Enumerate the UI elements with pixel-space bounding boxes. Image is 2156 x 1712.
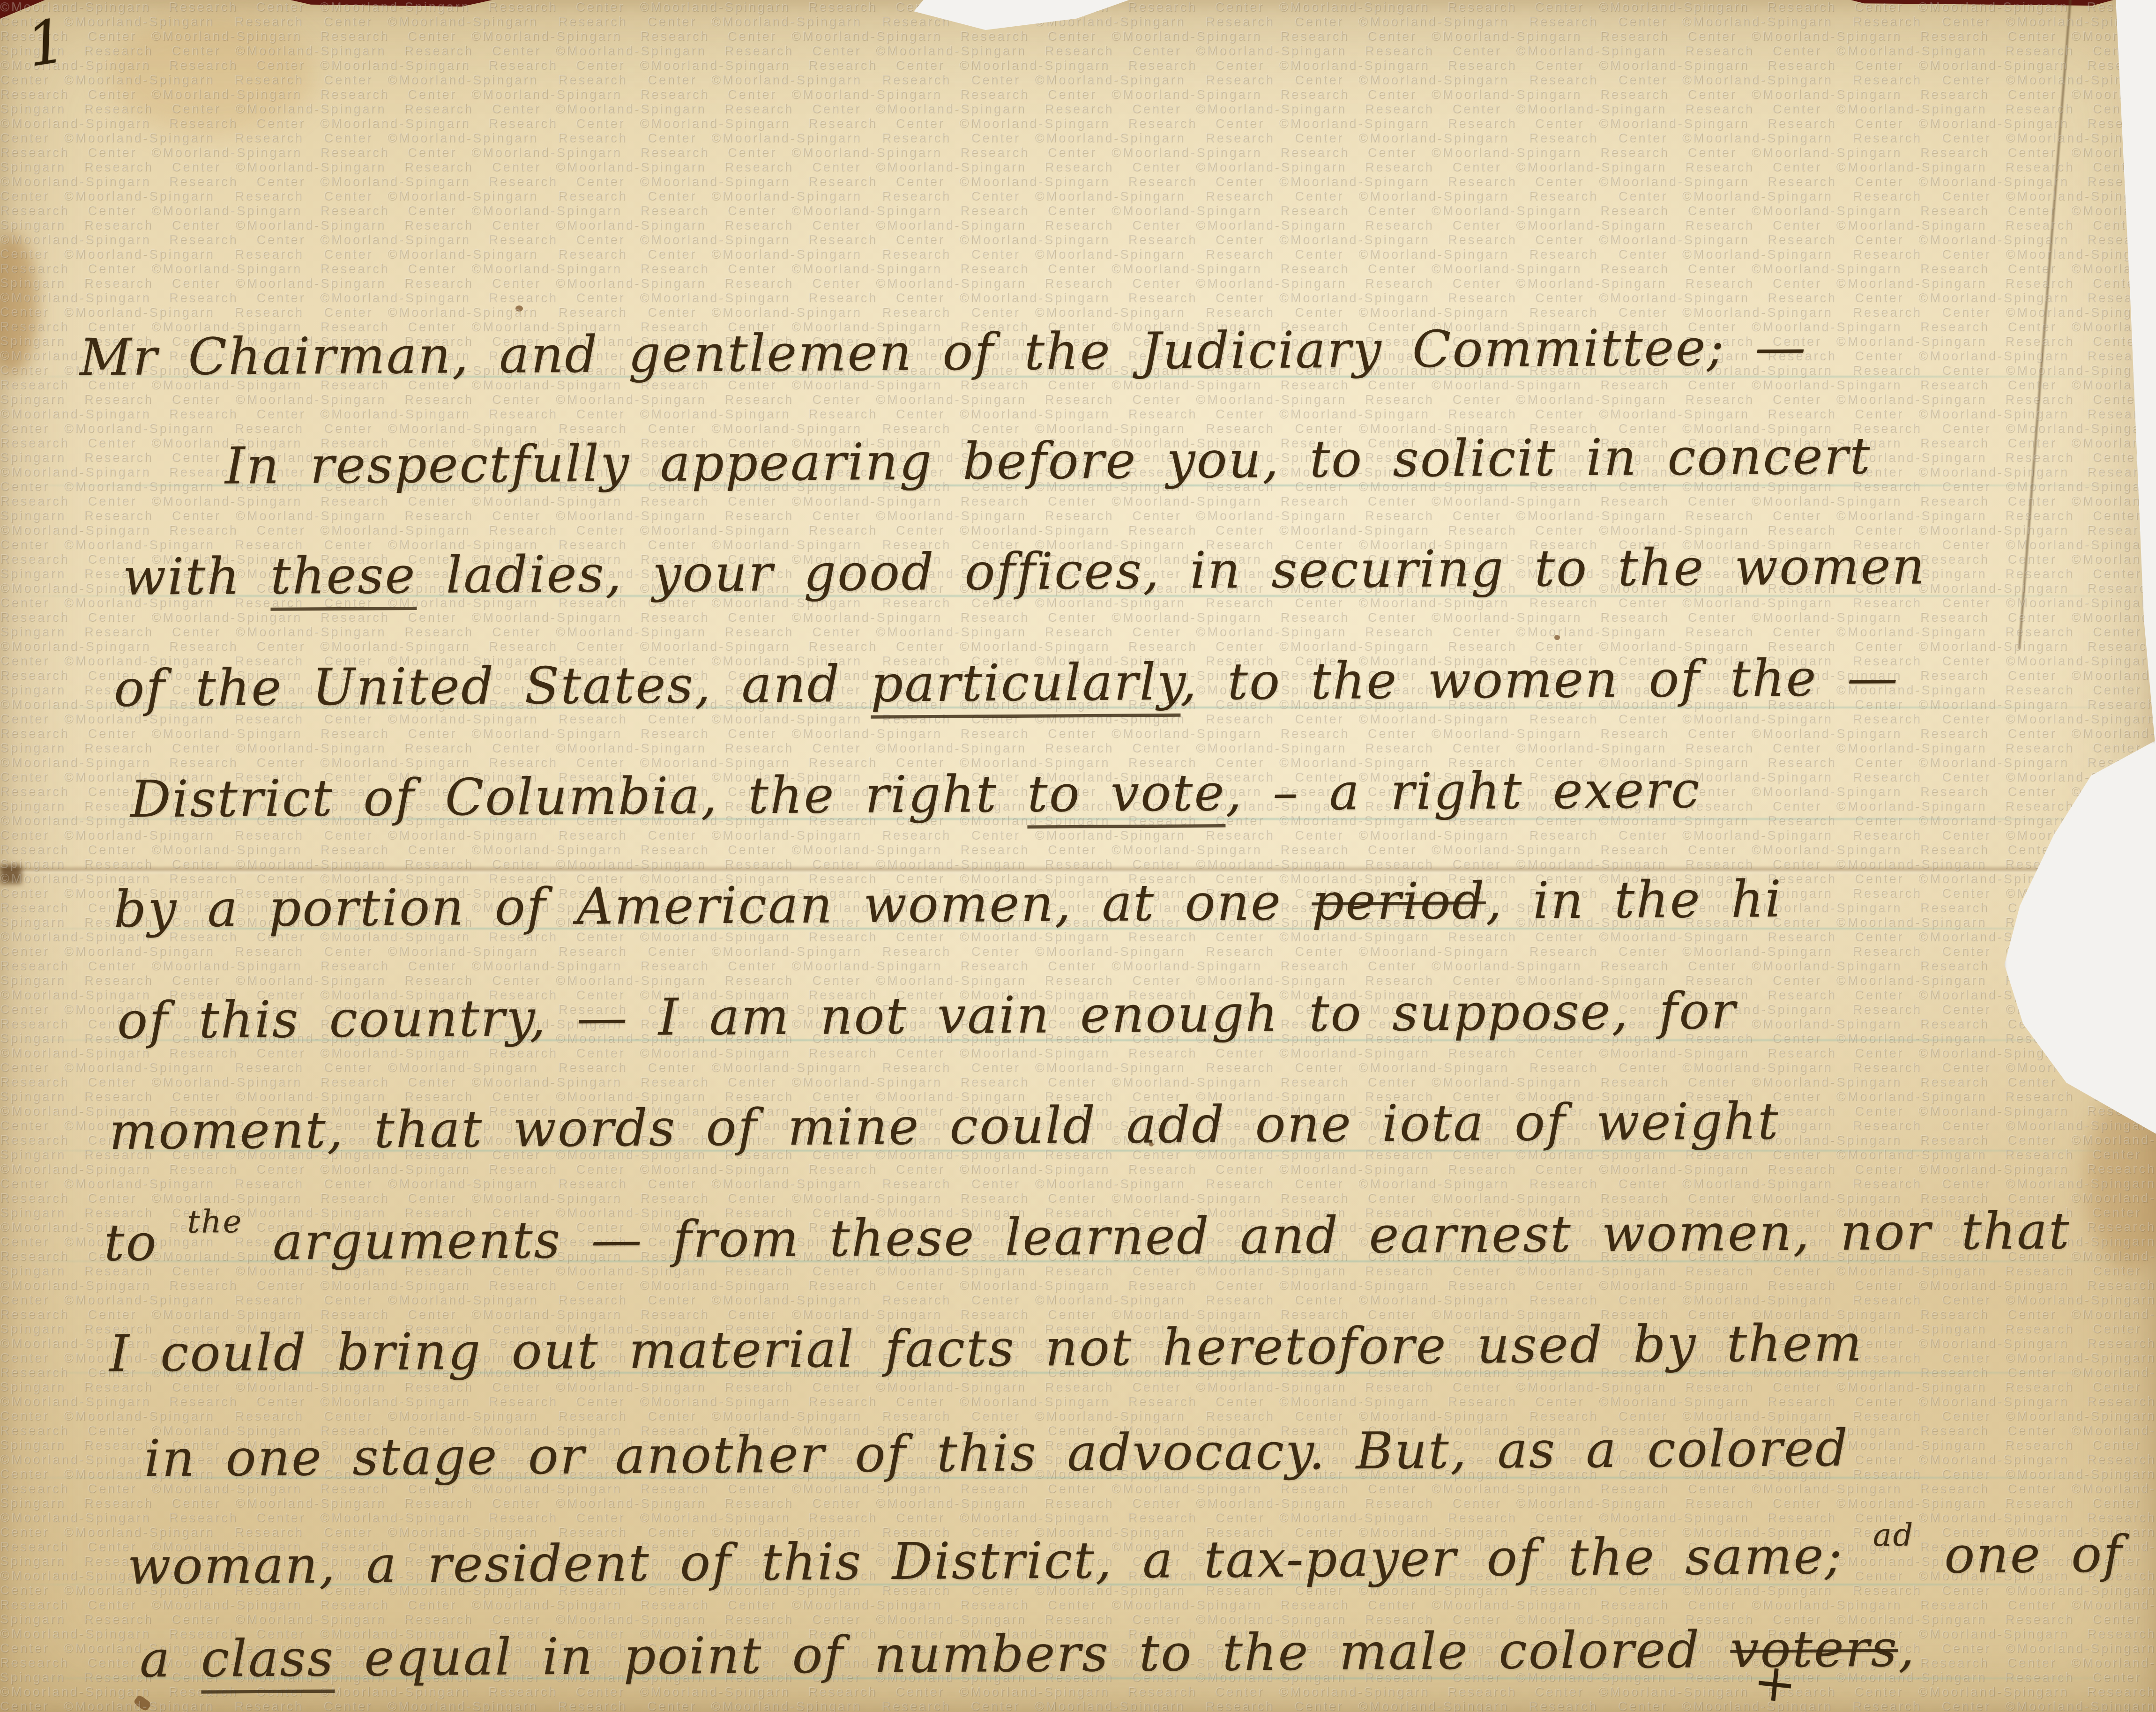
manuscript-page: ©Moorland-Spingarn Research Center ©Moor… — [0, 0, 2156, 1712]
fold-crease-dark-end — [0, 865, 22, 884]
plus-annotation-mark: + — [1751, 1651, 1800, 1712]
paper-background — [0, 0, 2156, 1712]
ink-speck — [515, 305, 523, 312]
ink-speck — [1554, 635, 1560, 640]
ink-speck — [1149, 1142, 1154, 1146]
